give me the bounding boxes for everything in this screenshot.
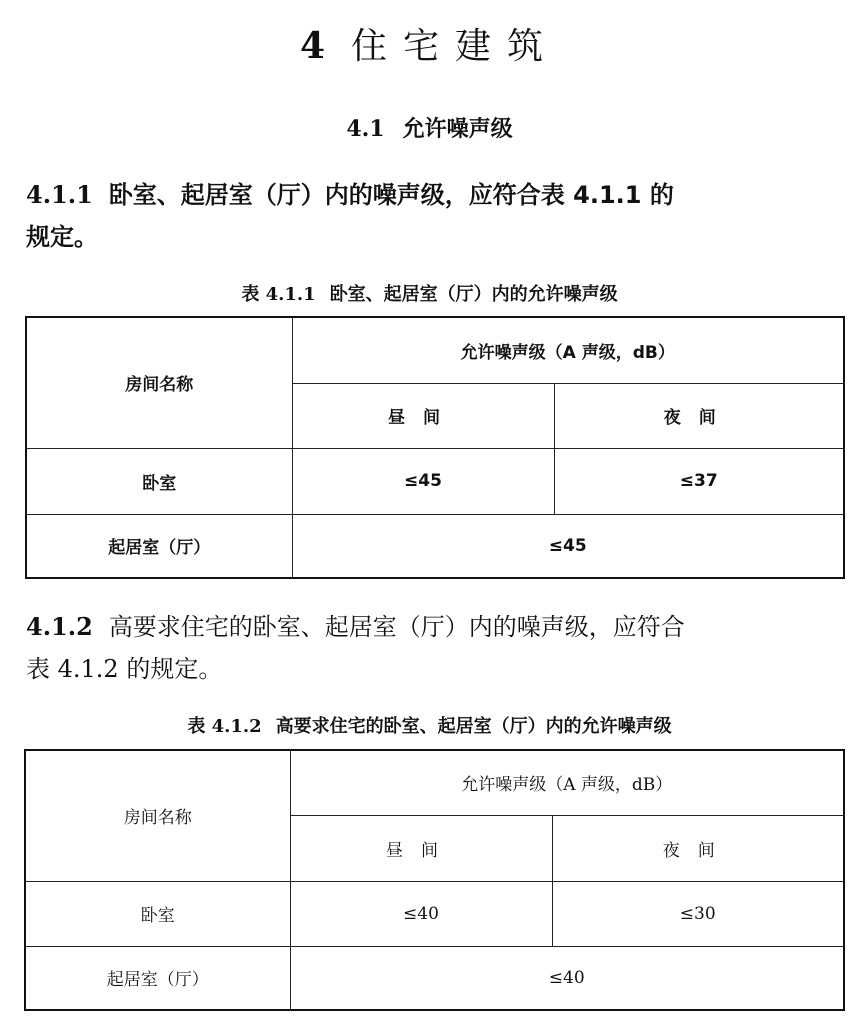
cell-day: ≤45 xyxy=(292,448,554,514)
cell-room: 起居室（厅） xyxy=(25,946,290,1010)
table-row: 卧室 ≤40 ≤30 xyxy=(25,881,844,946)
clause-number: 4.1.1 xyxy=(26,180,93,209)
header-room-name: 房间名称 xyxy=(25,750,290,881)
section-title: 允许噪声级 xyxy=(403,117,513,142)
header-day: 昼间 xyxy=(292,383,554,448)
caption-title: 卧室、起居室（厅）内的允许噪声级 xyxy=(330,284,618,305)
table-caption-4-1-2: 表 4.1.2高要求住宅的卧室、起居室（厅）内的允许噪声级 xyxy=(0,712,859,738)
cell-night: ≤37 xyxy=(554,448,844,514)
header-level-group: 允许噪声级（A 声级，dB） xyxy=(290,750,844,815)
chapter-title: 住宅建筑 xyxy=(351,26,559,67)
cell-room: 卧室 xyxy=(25,881,290,946)
clause-text-line1: 高要求住宅的卧室、起居室（厅）内的噪声级，应符合 xyxy=(109,613,685,641)
cell-combined: ≤40 xyxy=(290,946,844,1010)
header-room-name: 房间名称 xyxy=(26,317,292,448)
clause-text-line1: 卧室、起居室（厅）内的噪声级，应符合表 4.1.1 的 xyxy=(109,181,674,209)
table-row: 卧室 ≤45 ≤37 xyxy=(26,448,844,514)
cell-room: 起居室（厅） xyxy=(26,514,292,578)
caption-title: 高要求住宅的卧室、起居室（厅）内的允许噪声级 xyxy=(276,716,672,737)
table-row: 起居室（厅） ≤40 xyxy=(25,946,844,1010)
caption-number: 表 4.1.2 xyxy=(187,716,261,737)
header-night: 夜间 xyxy=(552,815,844,881)
clause-4-1-2: 4.1.2高要求住宅的卧室、起居室（厅）内的噪声级，应符合 表 4.1.2 的规… xyxy=(26,606,841,690)
clause-text-line2: 表 4.1.2 的规定。 xyxy=(26,648,841,690)
noise-table-4-1-2: 房间名称 允许噪声级（A 声级，dB） 昼间 夜间 卧室 ≤40 ≤30 起居室… xyxy=(24,749,845,1011)
noise-table-4-1-1: 房间名称 允许噪声级（A 声级，dB） 昼间 夜间 卧室 ≤45 ≤37 起居室… xyxy=(25,316,845,579)
cell-day: ≤40 xyxy=(290,881,552,946)
header-level-group: 允许噪声级（A 声级，dB） xyxy=(292,317,844,383)
clause-number: 4.1.2 xyxy=(26,612,93,641)
cell-night: ≤30 xyxy=(552,881,844,946)
table-row: 起居室（厅） ≤45 xyxy=(26,514,844,578)
header-day: 昼间 xyxy=(290,815,552,881)
section-number: 4.1 xyxy=(346,116,384,142)
header-night: 夜间 xyxy=(554,383,844,448)
table-caption-4-1-1: 表 4.1.1卧室、起居室（厅）内的允许噪声级 xyxy=(0,280,859,306)
clause-4-1-1: 4.1.1卧室、起居室（厅）内的噪声级，应符合表 4.1.1 的 规定。 xyxy=(26,174,841,258)
chapter-heading: 4住宅建筑 xyxy=(0,18,859,69)
clause-text-line2: 规定。 xyxy=(26,216,841,258)
chapter-number: 4 xyxy=(300,25,341,67)
section-heading: 4.1允许噪声级 xyxy=(0,112,859,143)
cell-combined: ≤45 xyxy=(292,514,844,578)
caption-number: 表 4.1.1 xyxy=(241,284,315,305)
cell-room: 卧室 xyxy=(26,448,292,514)
